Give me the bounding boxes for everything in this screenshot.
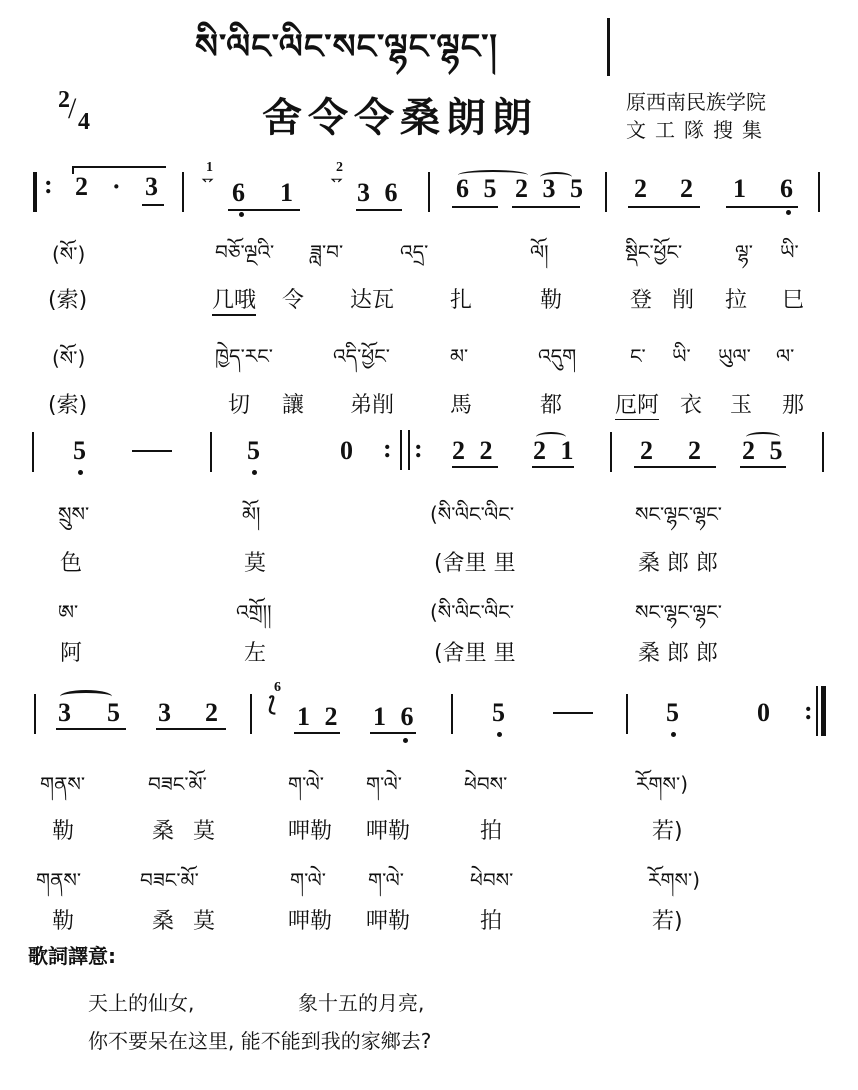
rest: 0 [340, 436, 353, 466]
underline-beam [56, 728, 126, 730]
song-title: 舍令令桑朗朗 [262, 86, 538, 143]
lyric-syllable: 讓 [282, 388, 304, 419]
verse2-tibetan-prefix: (སོ་) [52, 336, 85, 392]
underline-beam [740, 466, 786, 468]
lyric-syllable: (སི་ལིང་ལིང་ [430, 492, 514, 548]
lyric-syllable: 若) [652, 904, 683, 935]
lyric-syllable: རོགས་) [636, 762, 688, 818]
lyric-syllable: མོ། [242, 492, 260, 548]
lyric-syllable: ག་ལེ་ [288, 762, 324, 818]
lyric-syllable: 呷勒 [288, 814, 332, 845]
lyric-syllable: ཟླ་བ་ [310, 230, 343, 286]
underline-beam [452, 206, 498, 208]
underline-beam [370, 732, 416, 734]
system-3-staff: 3 5 3 2 6 ⟅ 1 2 1 6 5 5 0 : [0, 680, 858, 740]
lyric-syllable: 左 [244, 636, 266, 667]
bar-line [250, 694, 252, 734]
lyric-syllable: 色 [60, 546, 82, 577]
verse2-chinese-prefix: (索) [48, 388, 87, 419]
note: 2 [688, 436, 701, 466]
low-octave-dot [403, 738, 408, 743]
extension-dash [132, 450, 172, 452]
lyric-syllable: 几哦 [212, 283, 256, 316]
repeat-end-thin-bar [816, 686, 818, 736]
lyric-syllable: 削 [672, 283, 694, 314]
low-octave-dot [239, 212, 244, 217]
lyric-syllable: སང་ལྷང་ལྷང་ [635, 492, 722, 548]
bar-line [818, 172, 820, 212]
lyric-syllable: 拍 [480, 904, 502, 935]
lyric-syllable: 令 [282, 283, 304, 314]
lyric-syllable: 勒 [52, 814, 74, 845]
repeat-start-dots: : [414, 434, 423, 464]
repeat-end-dots: : [804, 696, 813, 726]
credit: 原西南民族学院 文工隊搜集 [626, 88, 771, 144]
lyric-syllable: ལ་ [776, 334, 794, 390]
credit-line-1: 原西南民族学院 [626, 88, 771, 116]
lyric-syllable: ཡི་ [780, 230, 799, 286]
note: 5 [73, 436, 86, 466]
note: 6 [780, 174, 793, 204]
system-1-staff: : 2 · 3 1 ⥐ 6 1 2 ⥐ 3 6 6 5 2 3 5 2 2 1 … [0, 160, 858, 220]
repeat-end-dots: : [383, 434, 392, 464]
lyric-syllable: 巳 [782, 283, 804, 314]
lyric-syllable: འདྲ་ [400, 230, 428, 286]
note: 5 [107, 698, 120, 728]
lyric-syllable: (舍里 里 [434, 636, 516, 667]
low-octave-dot [786, 210, 791, 215]
repeat-start-thick-bar [33, 172, 37, 212]
underline-beam [142, 204, 164, 206]
underline-beam [532, 466, 574, 468]
lyric-syllable: 达瓦 [350, 283, 394, 314]
bar-line [822, 432, 824, 472]
translation-line-2: 你不要呆在这里, 能不能到我的家鄉去? [88, 1025, 431, 1054]
lyric-syllable: ཡི་ [672, 334, 691, 390]
lyric-syllable: 阿 [60, 636, 82, 667]
verse1-tibetan-prefix: (སོ་) [52, 232, 85, 288]
note: 2 1 [533, 436, 578, 466]
note: 2 [75, 172, 88, 202]
underline-beam [452, 466, 498, 468]
underline-beam [726, 206, 798, 208]
lyric-syllable: 厄阿 [615, 388, 659, 420]
bar-line [182, 172, 184, 212]
note: 3 6 [357, 178, 402, 208]
lyric-syllable: 呷勒 [288, 904, 332, 935]
note: 1 [280, 178, 293, 208]
lyric-syllable: 桑 郎 郎 [638, 636, 718, 667]
augmentation-dot: · [112, 172, 121, 202]
lyric-syllable: (舍里 里 [434, 546, 516, 577]
lyric-syllable: 那 [782, 388, 804, 419]
low-octave-dot [252, 470, 257, 475]
underline-beam [294, 732, 340, 734]
note: 5 [247, 436, 260, 466]
lyric-syllable: 弟削 [350, 388, 394, 419]
note: 1 [733, 174, 746, 204]
bar-line [610, 432, 612, 472]
lyric-syllable: 勒 [52, 904, 74, 935]
underline-beam [628, 206, 700, 208]
note: 6 [232, 178, 245, 208]
lyric-syllable: གནས་ [40, 762, 85, 818]
grace-mark: ⥐ [331, 172, 342, 188]
lyric-syllable: ག་ལེ་ [366, 762, 402, 818]
note: 2 2 [452, 436, 497, 466]
underline-beam [228, 209, 300, 211]
lyric-syllable: 呷勒 [366, 904, 410, 935]
lyric-syllable: ཕེབས་ [464, 762, 507, 818]
lyric-syllable: 衣 [680, 388, 702, 419]
note: 5 [492, 698, 505, 728]
lyric-syllable: 桑 莫 [152, 904, 221, 935]
bar-line [34, 694, 36, 734]
lyric-syllable: འདུག [538, 334, 576, 390]
title-end-stroke [607, 18, 610, 76]
lyric-syllable: 莫 [244, 546, 266, 577]
lyric-syllable: ལྷ་ [735, 230, 753, 286]
time-signature-denominator: 4 [78, 110, 90, 134]
lyric-syllable: 馬 [450, 388, 472, 419]
note: 1 2 [297, 702, 342, 732]
lyric-syllable: 登 [630, 283, 652, 314]
lyric-syllable: ང་ [630, 334, 646, 390]
lyric-syllable: འདི་ཕྱོང་ [333, 334, 390, 390]
lyric-syllable: བཅོ་ལྔའི་ [215, 230, 274, 286]
lyric-syllable: 切 [228, 388, 250, 419]
note: 2 [634, 174, 647, 204]
rest: 0 [757, 698, 770, 728]
lyric-syllable: 勒 [540, 283, 562, 314]
translation-line-1a: 天上的仙女, [88, 987, 194, 1016]
lyric-syllable: 桑 莫 [152, 814, 221, 845]
note: 2 [640, 436, 653, 466]
system-2-staff: 5 5 0 : : 2 2 2 1 2 2 2 5 [0, 428, 858, 488]
repeat-start-dots: : [44, 170, 53, 200]
note: 5 [666, 698, 679, 728]
low-octave-dot [671, 732, 676, 737]
note: 2 5 [742, 436, 787, 466]
lyric-syllable: སྡིང་ཕྱོང་ [625, 230, 682, 286]
translation-line-1b: 象十五的月亮, [298, 987, 424, 1016]
lyric-syllable: 桑 郎 郎 [638, 546, 718, 577]
credit-line-2: 文工隊搜集 [626, 116, 771, 144]
lyric-syllable: 玉 [730, 388, 752, 419]
note: 6 5 [456, 174, 501, 204]
double-bar-line [400, 430, 410, 470]
bar-line [451, 694, 453, 734]
lyric-syllable: ཡུལ་ [718, 334, 751, 390]
time-signature-slash: / [68, 94, 76, 124]
lyric-syllable: བཟང་མོ་ [148, 762, 207, 818]
lyric-syllable: ལོ། [530, 230, 549, 286]
bar-line [210, 432, 212, 472]
bar-line [428, 172, 430, 212]
repeat-end-thick-bar [821, 686, 826, 736]
lyric-syllable: 扎 [450, 283, 472, 314]
low-octave-dot [78, 470, 83, 475]
bar-line [605, 172, 607, 212]
note: 3 [158, 698, 171, 728]
lyric-syllable: ཁྱེད་རང་ [215, 334, 273, 390]
note: 3 [58, 698, 71, 728]
lyric-syllable: 拍 [480, 814, 502, 845]
verse1-chinese-prefix: (索) [48, 283, 87, 314]
low-octave-dot [497, 732, 502, 737]
underline-beam [512, 206, 580, 208]
bar-line [32, 432, 34, 472]
lyric-syllable: 拉 [725, 283, 747, 314]
underline-beam [356, 209, 402, 211]
note: 3 [145, 172, 158, 202]
bar-line [626, 694, 628, 734]
note: 2 [205, 698, 218, 728]
note: 2 3 5 [515, 174, 587, 204]
underline-beam [156, 728, 226, 730]
lyric-syllable: 呷勒 [366, 814, 410, 845]
lyric-syllable: 若) [652, 814, 683, 845]
underline-beam [634, 466, 716, 468]
lyric-syllable: 都 [540, 388, 562, 419]
grace-mark: ⟅ [268, 692, 276, 717]
grace-mark: ⥐ [202, 172, 213, 188]
note: 1 6 [373, 702, 418, 732]
extension-dash [553, 712, 593, 714]
lyric-syllable: མ་ [450, 334, 468, 390]
note: 2 [680, 174, 693, 204]
lyric-syllable: སྲུས་ [58, 492, 89, 548]
translation-heading: 歌詞譯意: [28, 940, 116, 969]
